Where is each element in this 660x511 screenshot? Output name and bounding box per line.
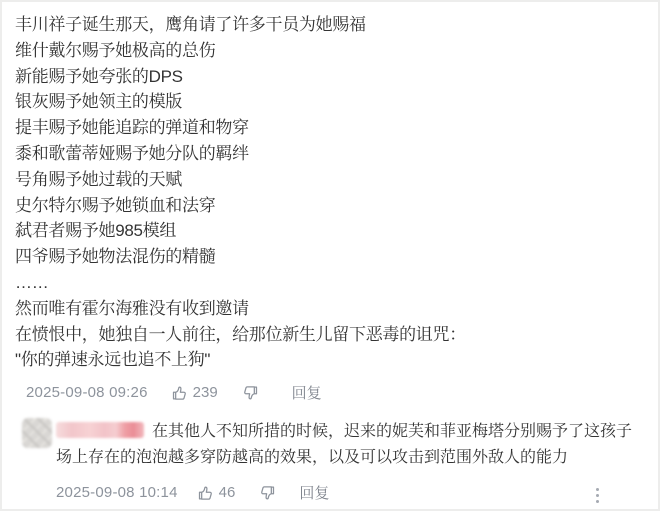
comment-meta-row: 2025-09-08 09:26 239 回复 <box>26 382 322 403</box>
vertical-ellipsis-icon <box>596 488 599 503</box>
thumbs-up-icon <box>170 384 188 402</box>
comment-line: 维什戴尔赐予她极高的总伤 <box>15 38 645 64</box>
reply-dislike-button[interactable] <box>259 484 277 502</box>
comment-line: 然而唯有霍尔海雅没有收到邀请 <box>15 296 645 322</box>
comment-line: "你的弹速永远也追不上狗" <box>15 347 645 373</box>
comment-line: 在愤恨中，她独自一人前往，给那位新生儿留下恶毒的诅咒： <box>15 322 645 348</box>
like-button[interactable]: 239 <box>170 384 218 402</box>
comment-line: 丰川祥子诞生那天，鹰角请了许多干员为她赐福 <box>15 12 645 38</box>
comment-thread: 丰川祥子诞生那天，鹰角请了许多干员为她赐福 维什戴尔赐予她极高的总伤 新能赐予她… <box>0 0 660 511</box>
comment-timestamp: 2025-09-08 09:26 <box>26 384 148 401</box>
comment-line: 提丰赐予她能追踪的弹道和物穿 <box>15 115 645 141</box>
reply-like-button[interactable]: 46 <box>196 484 236 502</box>
thumbs-down-icon <box>259 484 277 502</box>
dislike-button[interactable] <box>242 384 260 402</box>
like-count: 239 <box>193 384 218 401</box>
thumbs-up-icon <box>196 484 214 502</box>
comment-line: 号角赐予她过载的天赋 <box>15 167 645 193</box>
comment-line: 四爷赐予她物法混伤的精髓 <box>15 244 645 270</box>
comment-line: 银灰赐予她领主的模版 <box>15 89 645 115</box>
comment-text: 丰川祥子诞生那天，鹰角请了许多干员为她赐福 维什戴尔赐予她极高的总伤 新能赐予她… <box>15 12 645 373</box>
reply-timestamp: 2025-09-08 10:14 <box>56 484 178 501</box>
reply-avatar[interactable] <box>22 418 52 448</box>
comment-line: 新能赐予她夸张的DPS <box>15 64 645 90</box>
comment-line: 黍和歌蕾蒂娅赐予她分队的羁绊 <box>15 141 645 167</box>
reply-content: 在其他人不知所措的时候，迟来的妮芙和菲亚梅塔分别赐予了这孩子场上存在的泡泡越多穿… <box>56 419 640 471</box>
comment-line: 史尔特尔赐予她锁血和法穿 <box>15 193 645 219</box>
comment-ellipsis-line: …… <box>15 270 645 296</box>
reply-meta-row: 2025-09-08 10:14 46 回复 <box>56 482 329 503</box>
comment-line: 弑君者赐予她985模组 <box>15 218 645 244</box>
thumbs-down-icon <box>242 384 260 402</box>
reply-reply-button[interactable]: 回复 <box>299 482 329 503</box>
more-options-button[interactable] <box>590 484 604 506</box>
reply-like-count: 46 <box>219 484 236 501</box>
reply-button[interactable]: 回复 <box>292 382 322 403</box>
reply-username-blurred[interactable] <box>56 422 144 438</box>
